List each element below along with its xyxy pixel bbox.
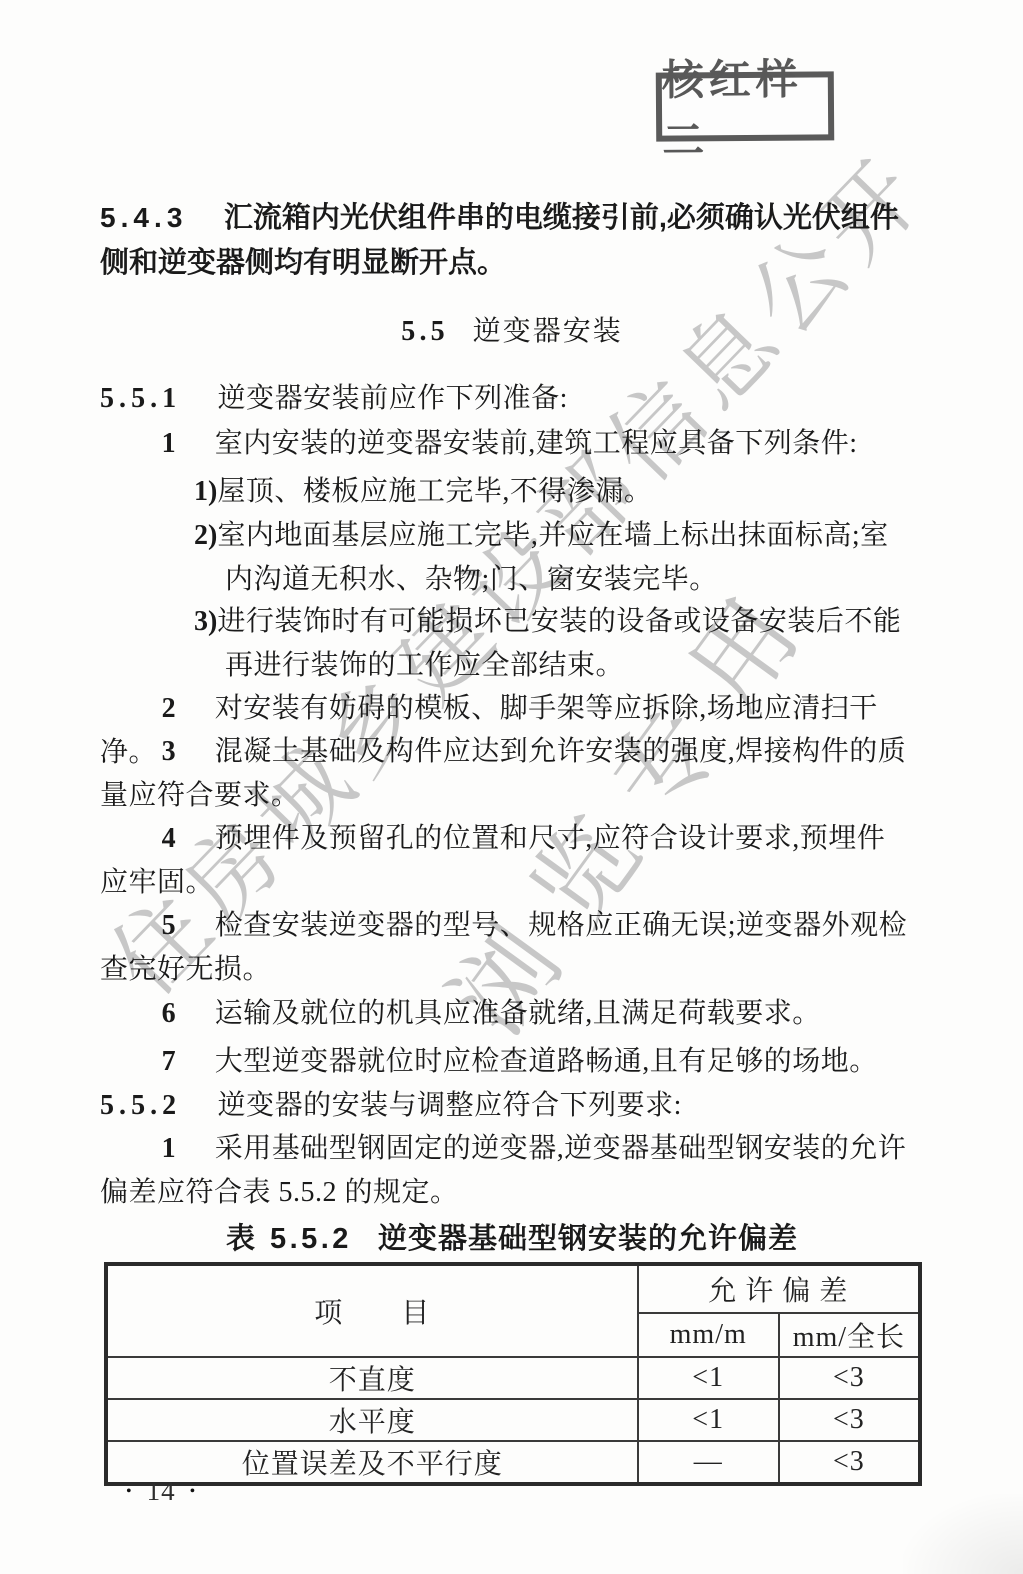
item-text: 混凝土基础及构件应达到允许安装的强度,焊接构件的质 量应符合要求。	[100, 736, 906, 811]
item-number: 1	[162, 1133, 176, 1164]
clause-number: 5.5.1	[100, 383, 181, 414]
clause-5-4-3: 5.4.3汇流箱内光伏组件串的电缆接引前,必须确认光伏组件 侧和逆变器侧均有明显…	[100, 196, 924, 285]
item-number: 5	[162, 910, 176, 941]
cell-mm-per-m: <1	[638, 1399, 779, 1441]
stamp-text: 核红样二	[662, 46, 829, 167]
list-item-552-1: 1采用基础型钢固定的逆变器,逆变器基础型钢安装的允许 偏差应符合表 5.5.2 …	[100, 1127, 924, 1214]
table-header-group: 允 许 偏 差	[638, 1264, 920, 1313]
review-stamp: 核红样二	[656, 71, 834, 141]
scan-corner-shadow	[903, 1494, 1023, 1574]
table-subheader-mm-total: mm/全长	[779, 1313, 920, 1357]
table-caption: 表 5.5.2逆变器基础型钢安装的允许偏差	[100, 1218, 924, 1262]
sub-list-item-3: 3)进行装饰时有可能损坏已安装的设备或设备安装后不能 再进行装饰的工作应全部结束…	[100, 600, 924, 687]
caption-label: 表 5.5.2	[226, 1223, 352, 1255]
clause-5-5-1: 5.5.1逆变器安装前应作下列准备:	[100, 377, 924, 421]
item-text: 采用基础型钢固定的逆变器,逆变器基础型钢安装的允许 偏差应符合表 5.5.2 的…	[100, 1133, 906, 1208]
cell-mm-total: <3	[779, 1357, 920, 1399]
subitem-marker: 1)	[194, 476, 217, 507]
subitem-text: 室内地面基层应施工完毕,并应在墙上标出抹面标高;室 内沟道无积水、杂物;门、窗安…	[217, 520, 888, 595]
page-dot-left: •	[112, 1483, 147, 1500]
item-number: 1	[162, 428, 176, 459]
cell-mm-per-m: —	[638, 1441, 779, 1484]
item-text: 室内安装的逆变器安装前,建筑工程应具备下列条件:	[215, 428, 858, 459]
cell-item: 不直度	[106, 1357, 638, 1399]
item-text: 预埋件及预留孔的位置和尺寸,应符合设计要求,预埋件 应牢固。	[100, 823, 885, 898]
page-dot-right: •	[176, 1483, 211, 1500]
item-number: 6	[162, 998, 176, 1029]
list-item-3: 3混凝土基础及构件应达到允许安装的强度,焊接构件的质 量应符合要求。	[100, 730, 924, 817]
sub-list-item-1: 1)屋顶、楼板应施工完毕,不得渗漏。	[100, 470, 924, 514]
table-row: 水平度 <1 <3	[106, 1399, 920, 1441]
page-number: •14•	[112, 1476, 210, 1507]
heading-number: 5.5	[401, 316, 449, 347]
item-number: 7	[162, 1046, 176, 1077]
sub-list-item-2: 2)室内地面基层应施工完毕,并应在墙上标出抹面标高;室 内沟道无积水、杂物;门、…	[100, 514, 924, 601]
list-item-7: 7大型逆变器就位时应检查道路畅通,且有足够的场地。	[100, 1040, 924, 1084]
list-item-6: 6运输及就位的机具应准备就绪,且满足荷载要求。	[100, 992, 924, 1036]
item-number: 2	[162, 693, 176, 724]
subitem-marker: 3)	[194, 606, 217, 637]
cell-mm-per-m: <1	[638, 1357, 779, 1399]
table-header-item: 项 目	[106, 1264, 638, 1357]
item-text: 检查安装逆变器的型号、规格应正确无误;逆变器外观检 查完好无损。	[100, 910, 907, 985]
subitem-marker: 2)	[194, 520, 217, 551]
table-subheader-mm-per-m: mm/m	[638, 1313, 779, 1357]
item-number: 4	[162, 823, 176, 854]
list-item-1: 1室内安装的逆变器安装前,建筑工程应具备下列条件:	[100, 422, 924, 466]
heading-title: 逆变器安装	[473, 316, 623, 347]
deviation-table: 项 目 允 许 偏 差 mm/m mm/全长 不直度 <1 <3 水平度 <1 …	[104, 1262, 922, 1486]
table-row: 位置误差及不平行度 — <3	[106, 1441, 920, 1484]
list-item-4: 4预埋件及预留孔的位置和尺寸,应符合设计要求,预埋件 应牢固。	[100, 817, 924, 904]
clause-number: 5.5.2	[100, 1090, 181, 1121]
table-header-row: 项 目 允 许 偏 差	[106, 1264, 920, 1313]
section-heading-5-5: 5.5逆变器安装	[100, 310, 924, 354]
clause-text: 逆变器安装前应作下列准备:	[218, 383, 568, 414]
list-item-5: 5检查安装逆变器的型号、规格应正确无误;逆变器外观检 查完好无损。	[100, 904, 924, 991]
subitem-text: 进行装饰时有可能损坏已安装的设备或设备安装后不能 再进行装饰的工作应全部结束。	[217, 606, 901, 681]
cell-mm-total: <3	[779, 1441, 920, 1484]
clause-5-5-2: 5.5.2逆变器的安装与调整应符合下列要求:	[100, 1084, 924, 1128]
item-text: 运输及就位的机具应准备就绪,且满足荷载要求。	[215, 998, 821, 1029]
cell-mm-total: <3	[779, 1399, 920, 1441]
caption-title: 逆变器基础型钢安装的允许偏差	[378, 1223, 798, 1255]
page-number-value: 14	[147, 1476, 176, 1506]
table-row: 不直度 <1 <3	[106, 1357, 920, 1399]
subitem-text: 屋顶、楼板应施工完毕,不得渗漏。	[217, 476, 652, 507]
document-page: 住房城乡建设部信息公开 浏览专用 核红样二 5.4.3汇流箱内光伏组件串的电缆接…	[0, 0, 1023, 1574]
clause-text: 汇流箱内光伏组件串的电缆接引前,必须确认光伏组件 侧和逆变器侧均有明显断开点。	[100, 202, 899, 279]
clause-number: 5.4.3	[100, 202, 187, 233]
cell-item: 水平度	[106, 1399, 638, 1441]
item-number: 3	[162, 736, 176, 767]
item-text: 大型逆变器就位时应检查道路畅通,且有足够的场地。	[215, 1046, 878, 1077]
clause-text: 逆变器的安装与调整应符合下列要求:	[218, 1090, 682, 1121]
